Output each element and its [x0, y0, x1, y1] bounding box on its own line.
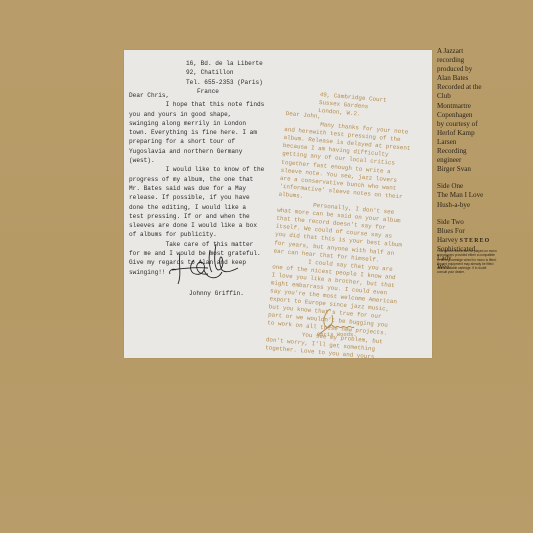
side-one-tracklist: Side OneThe Man I LoveHush-a-bye [437, 182, 529, 209]
credit-line: by courtesy of [437, 120, 529, 129]
credit-line: engineer [437, 156, 529, 165]
woods-letter: 49, Cambridge Court Sussex Gardens Londo… [282, 50, 432, 358]
credit-line: recording [437, 56, 529, 65]
track-line: Hush-a-bye [437, 201, 529, 210]
credit-line: Larsen [437, 138, 529, 147]
credit-line: Birger Svan [437, 165, 529, 174]
track-line: Side Two [437, 218, 529, 227]
credit-line: Herlof Kamp [437, 129, 529, 138]
stereo-note: This stereo record can be played on mono… [437, 249, 497, 275]
letters-sheet: 16, Bd. de la Liberte 92, Chatillon Tel.… [124, 50, 432, 358]
track-line: Blues For [437, 227, 529, 236]
production-credits: A Jazzartrecordingproduced byAlan BatesR… [437, 47, 529, 174]
credit-line: produced by [437, 65, 529, 74]
credit-line: Alan Bates [437, 74, 529, 83]
woods-name: Chris Woods. [317, 331, 357, 339]
credit-line: Copenhagen [437, 111, 529, 120]
credit-line: A Jazzart [437, 47, 529, 56]
credit-line: Club [437, 92, 529, 101]
track-line: Side One [437, 182, 529, 191]
stereo-label: STEREO [445, 238, 505, 244]
track-line: The Man I Love [437, 191, 529, 200]
credit-line: Recording [437, 147, 529, 156]
griffin-signature-icon [164, 240, 254, 290]
griffin-name: Johnny Griffin. [189, 289, 244, 298]
credit-line: Montmartre [437, 102, 529, 111]
credit-line: Recorded at the [437, 83, 529, 92]
